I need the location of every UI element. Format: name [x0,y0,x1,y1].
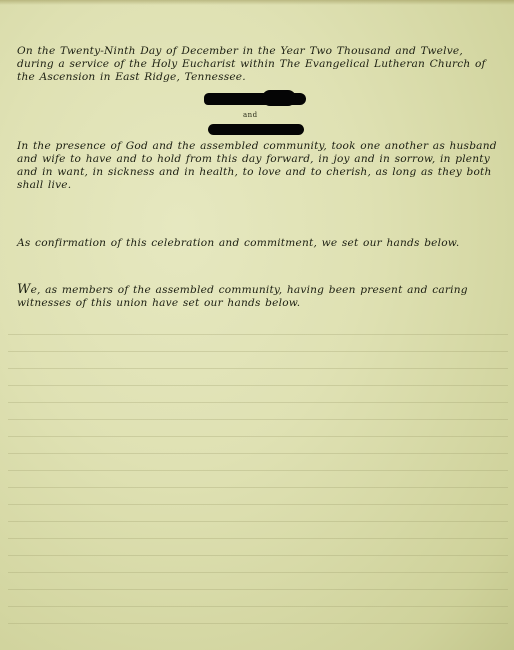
ceremony-details-paragraph: On the Twenty-Ninth Day of December in t… [17,45,497,84]
and-connector: and [243,111,258,119]
redacted-name-2 [208,124,304,135]
redacted-name-1-blot [262,90,296,106]
witnesses-text: e, as members of the assembled community… [17,284,468,309]
vows-paragraph: In the presence of God and the assembled… [17,140,497,192]
drop-letter: W [17,282,31,297]
signature-ruled-lines [8,318,508,630]
witnesses-paragraph: We, as members of the assembled communit… [17,283,497,310]
confirmation-paragraph: As confirmation of this celebration and … [17,237,497,250]
certificate-page: On the Twenty-Ninth Day of December in t… [0,0,514,650]
